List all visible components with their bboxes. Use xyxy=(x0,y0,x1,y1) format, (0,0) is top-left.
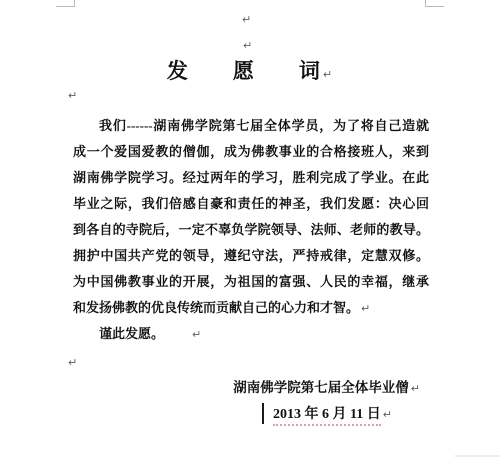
closing-line: 谨此发愿。↵ xyxy=(73,321,429,347)
signature-line[interactable]: 湖南佛学院第七届全体毕业僧↵ xyxy=(73,376,420,396)
paragraph-mark-icon: ↵ xyxy=(166,329,201,340)
paragraph-mark-icon: ↵ xyxy=(383,409,392,420)
paragraph-mark-icon: ↵ xyxy=(361,303,370,314)
document-title[interactable]: 发 愿 词↵ xyxy=(0,55,500,85)
paragraph-mark-icon: ↵ xyxy=(68,90,77,101)
margin-cropmark-top-left-icon xyxy=(56,0,75,7)
paragraph-mark-icon: ↵ xyxy=(323,69,333,80)
body-line: 毕业之际，我们倍感自豪和责任的神圣，我们发愿：决心回 xyxy=(73,191,429,217)
body-line: 为中国佛教事业的开展，为祖国的富强、人民的幸福，继承 xyxy=(73,269,429,295)
body-line: 我们------湖南佛学院第七届全体学员，为了将自己造就 xyxy=(73,113,429,139)
body-line: 成一个爱国爱教的僧伽，成为佛教事业的合格接班人，来到 xyxy=(73,139,429,165)
document-page: ↵ ↵ 发 愿 词↵ ↵ 我们------湖南佛学院第七届全体学员，为了将自己造… xyxy=(0,0,500,460)
date-text: 2013 年 6 月 11 日 xyxy=(273,403,381,426)
closing-text: 谨此发愿。 xyxy=(99,326,164,341)
text-cursor xyxy=(262,403,264,424)
body-line: 湖南佛学院学习。经过两年的学习，胜利完成了学业。在此 xyxy=(73,165,429,191)
body-paragraph[interactable]: 我们------湖南佛学院第七届全体学员，为了将自己造就 成一个爱国爱教的僧伽，… xyxy=(73,113,429,347)
signature-text: 湖南佛学院第七届全体毕业僧 xyxy=(233,380,409,395)
document-title-text: 发 愿 词 xyxy=(167,59,321,83)
margin-cropmark-top-right-icon xyxy=(425,0,444,7)
page-edge-line xyxy=(455,455,500,457)
paragraph-mark-icon: ↵ xyxy=(242,14,251,25)
paragraph-mark-icon: ↵ xyxy=(411,383,420,394)
body-line: 到各自的寺院后，一定不辜负学院领导、法师、老师的教导。 xyxy=(73,217,429,243)
body-line: 拥护中国共产党的领导，遵纪守法，严持戒律，定慧双修。 xyxy=(73,243,429,269)
paragraph-mark-icon: ↵ xyxy=(243,40,252,51)
paragraph-mark-icon: ↵ xyxy=(68,357,77,368)
body-line-text: 和发扬佛教的优良传统而贡献自己的心力和才智。 xyxy=(73,300,359,315)
body-line: 和发扬佛教的优良传统而贡献自己的心力和才智。↵ xyxy=(73,295,429,321)
date-line[interactable]: 2013 年 6 月 11 日↵ xyxy=(262,403,392,426)
